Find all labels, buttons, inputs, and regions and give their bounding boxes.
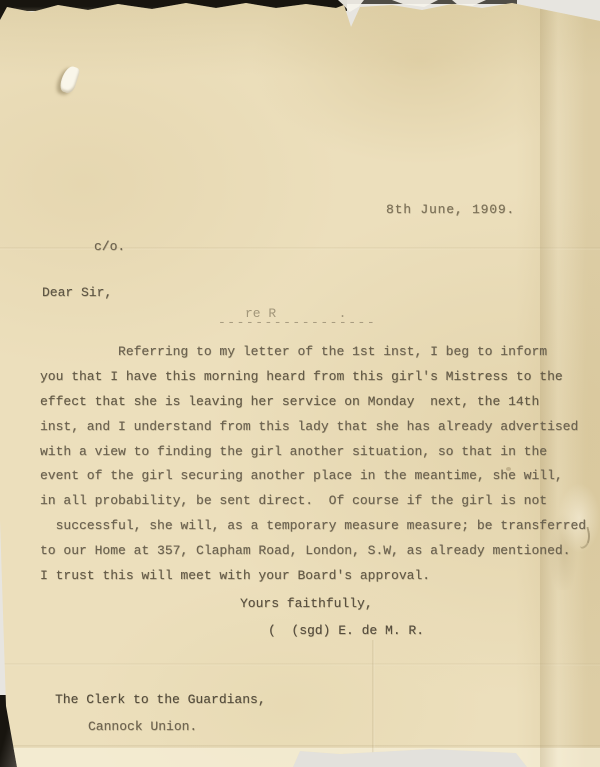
body-line: inst, and I understand from this lady th… bbox=[40, 419, 586, 444]
body-line: event of the girl securing another place… bbox=[40, 468, 586, 493]
signature-line: ( (sgd) E. de M. R. bbox=[268, 623, 424, 639]
letter-paper: 8th June, 1909. c/o. Dear Sir, re R . --… bbox=[0, 0, 600, 767]
body-line: with a view to finding the girl another … bbox=[40, 444, 586, 469]
fold-crease-lower bbox=[0, 663, 600, 666]
fold-crease-bottom bbox=[0, 745, 600, 749]
body-line: in all probability, be sent direct. Of c… bbox=[40, 493, 586, 518]
body-line: to our Home at 357, Clapham Road, London… bbox=[40, 543, 586, 568]
body-paragraph: Referring to my letter of the 1st inst, … bbox=[40, 344, 586, 593]
fold-crease-upper bbox=[0, 247, 600, 250]
paper-tear-mark bbox=[58, 64, 81, 94]
fold-crease-vertical-bottom bbox=[372, 640, 375, 767]
closing-line: Yours faithfully, bbox=[240, 596, 373, 612]
body-line: successful, she will, as a temporary mea… bbox=[40, 518, 586, 543]
care-of-line: c/o. bbox=[94, 239, 125, 255]
body-line: effect that she is leaving her service o… bbox=[40, 394, 586, 419]
recipient-union: Cannock Union. bbox=[88, 719, 197, 735]
recipient-name: The Clerk to the Guardians, bbox=[55, 692, 266, 708]
body-line: you that I have this morning heard from … bbox=[40, 369, 586, 394]
body-line: Referring to my letter of the 1st inst, … bbox=[40, 344, 586, 369]
scanned-letter-page: 8th June, 1909. c/o. Dear Sir, re R . --… bbox=[0, 0, 600, 767]
date-line: 8th June, 1909. bbox=[386, 202, 515, 218]
body-line: I trust this will meet with your Board's… bbox=[40, 568, 586, 593]
subject-underline: ----------------- bbox=[218, 315, 376, 331]
salutation: Dear Sir, bbox=[42, 285, 112, 301]
